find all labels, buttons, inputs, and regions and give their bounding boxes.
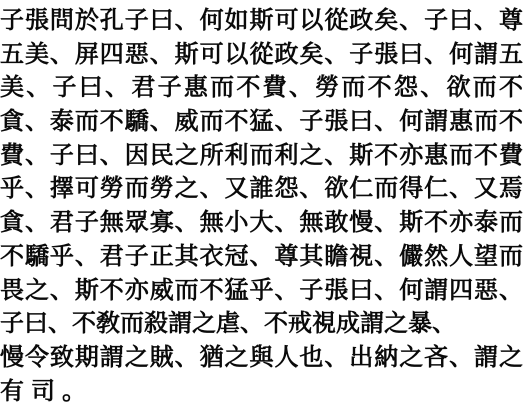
text-line: 子曰、不敎而殺謂之虐、不戒視成謂之暴、 [0,306,523,340]
text-line: 有司。 [0,374,523,408]
text-line: 慢令致期謂之賊、猶之與人也、出納之吝、謂之 [0,340,523,374]
text-line: 美、子曰、君子惠而不費、勞而不怨、欲而不 [0,70,523,104]
text-line: 不驕乎、君子正其衣冠、尊其瞻視、儼然人望而 [0,239,523,273]
text-line: 乎、擇可勞而勞之、又誰怨、欲仁而得仁、又焉 [0,171,523,205]
text-line: 子張問於孔子曰、何如斯可以從政矣、子曰、尊 [0,3,523,37]
text-line: 費、子曰、因民之所利而利之、斯不亦惠而不費 [0,138,523,172]
document-page: 子張問於孔子曰、何如斯可以從政矣、子曰、尊 五美、屏四惡、斯可以從政矣、子張曰、… [0,0,523,408]
text-line: 畏之、斯不亦威而不猛乎、子張曰、何謂四惡、 [0,273,523,307]
text-line: 貪、泰而不驕、威而不猛、子張曰、何謂惠而不 [0,104,523,138]
text-line: 貪、君子無眾寡、無小大、無敢慢、斯不亦泰而 [0,205,523,239]
text-block: 子張問於孔子曰、何如斯可以從政矣、子曰、尊 五美、屏四惡、斯可以從政矣、子張曰、… [0,3,523,407]
text-line: 五美、屏四惡、斯可以從政矣、子張曰、何謂五 [0,37,523,71]
